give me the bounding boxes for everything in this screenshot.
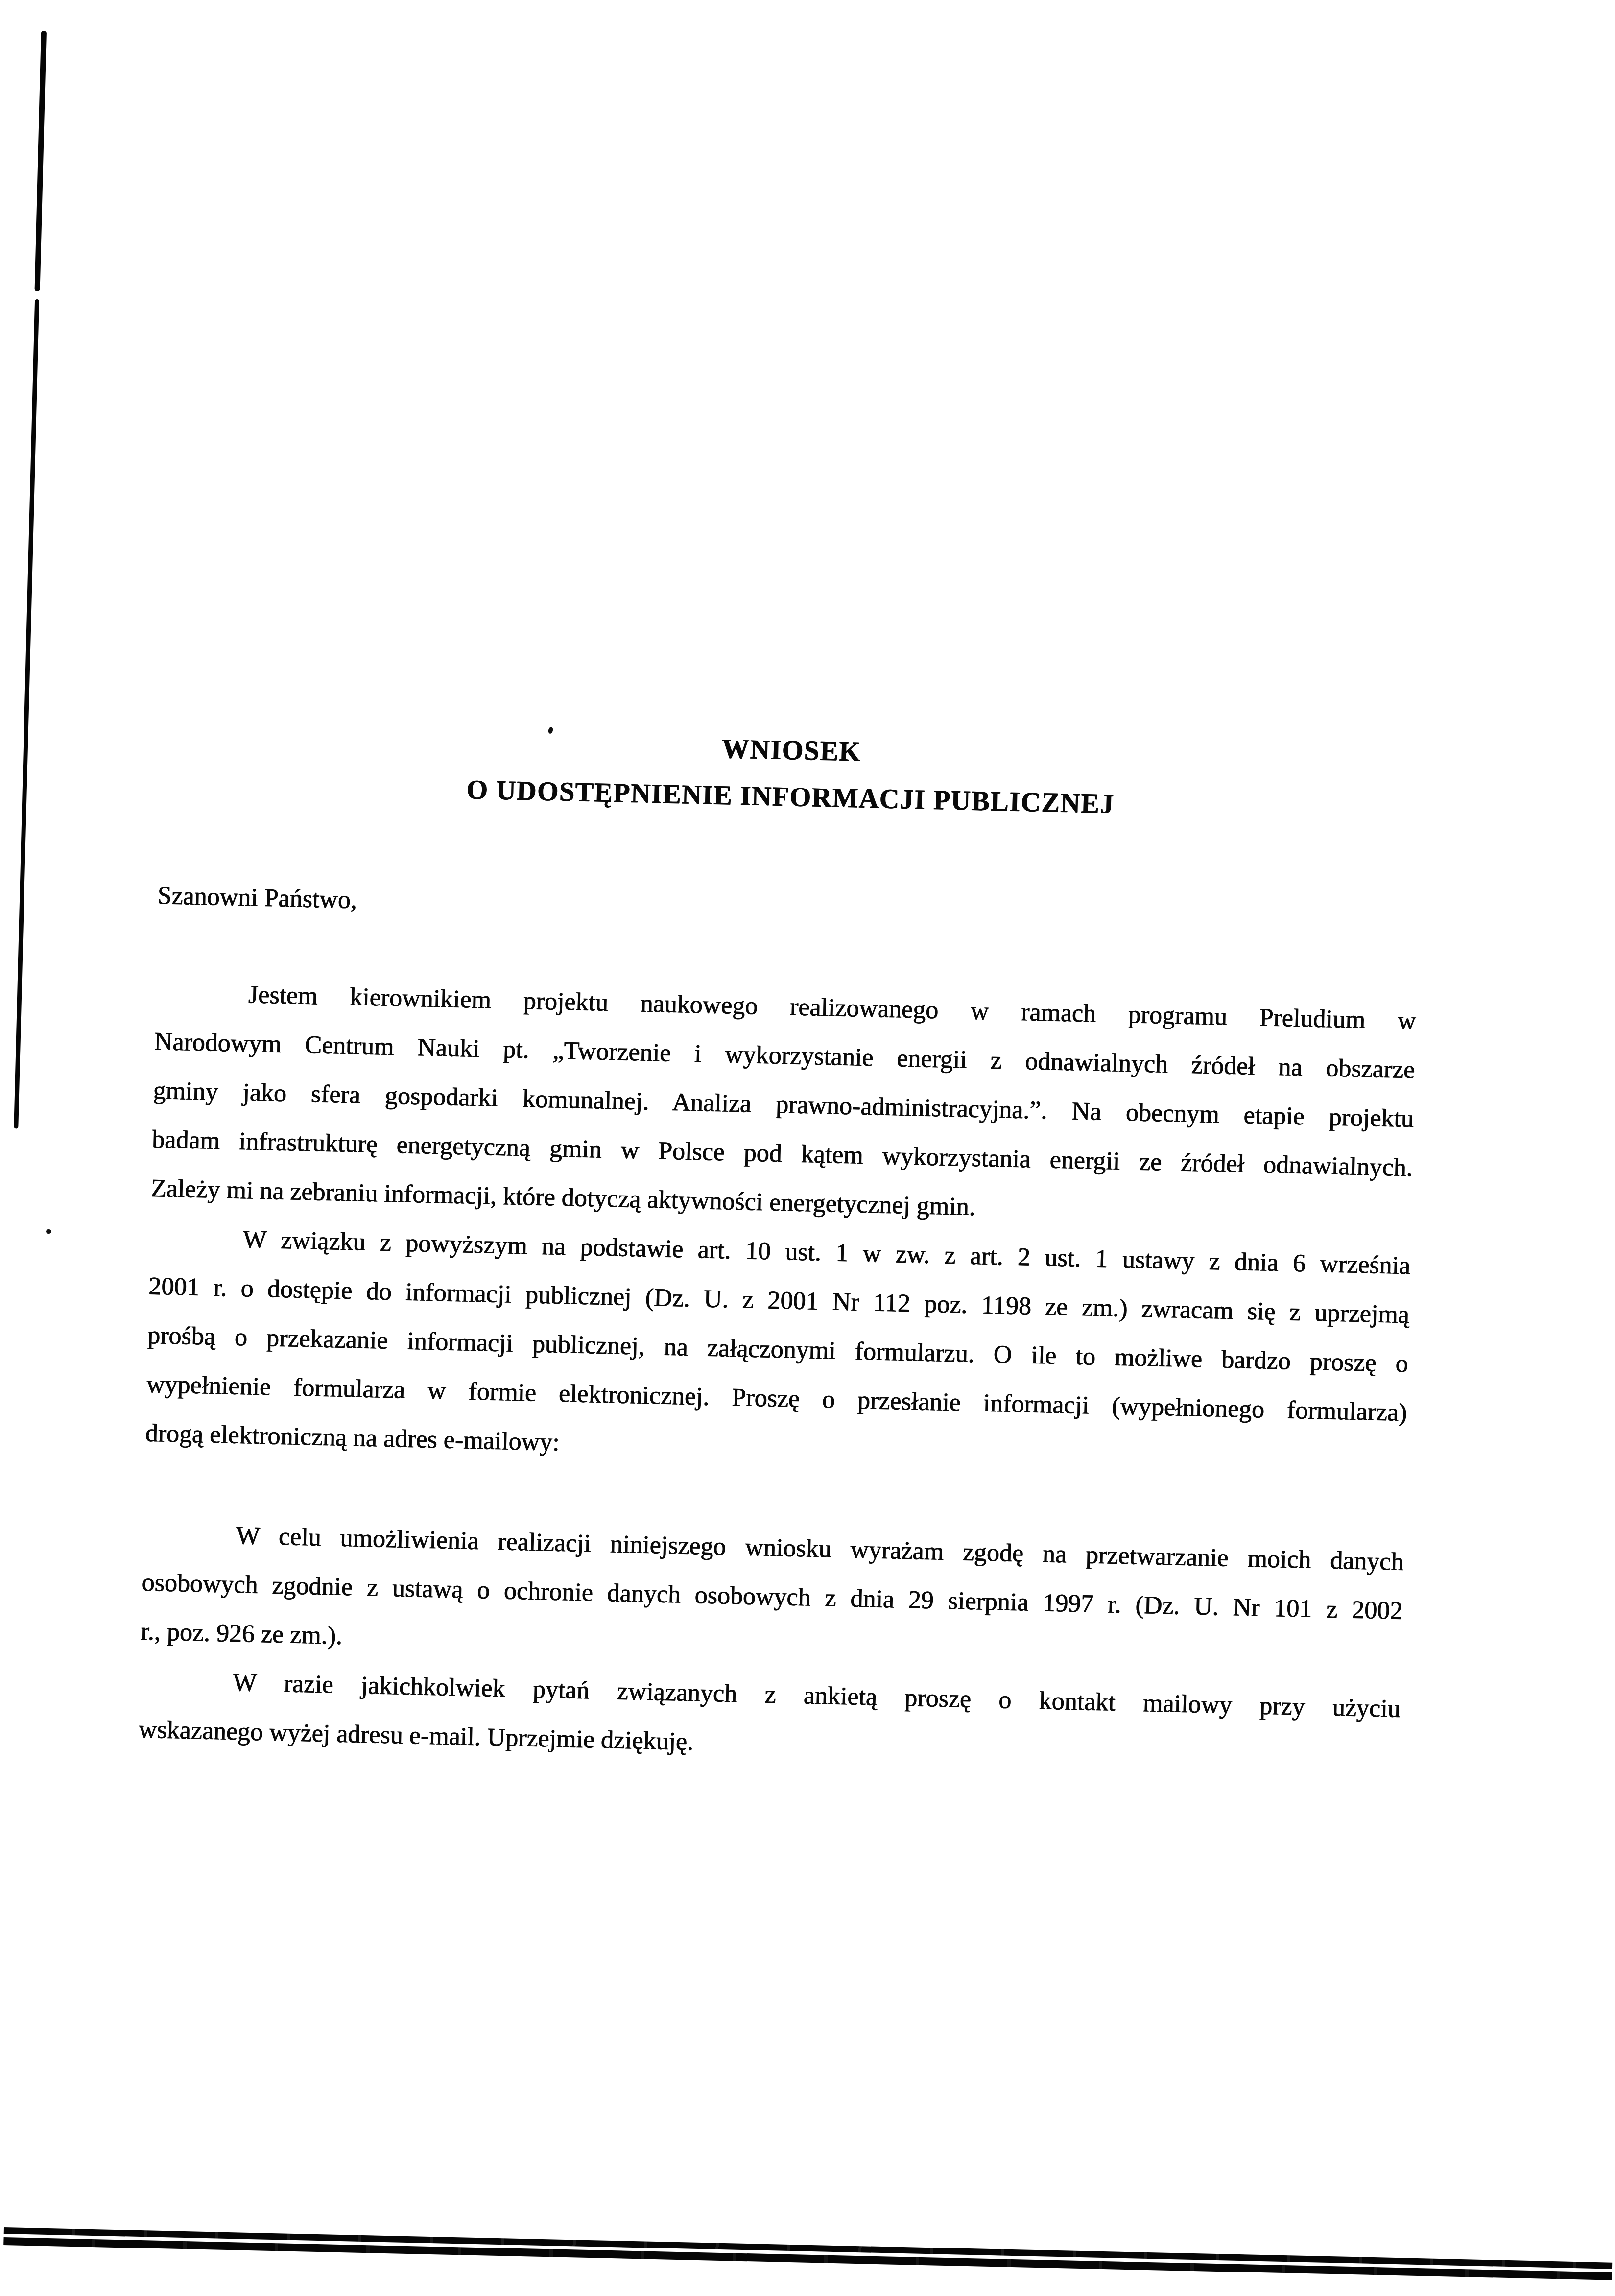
scan-left-edge-line-gap xyxy=(34,291,40,299)
scan-left-edge-line-segment xyxy=(14,299,39,1129)
salutation: Szanowni Państwo, xyxy=(157,871,1419,949)
paragraph: W związku z powyższym na podstawie art. … xyxy=(144,1213,1411,1486)
scan-bottom-edge xyxy=(3,2227,1612,2280)
scan-left-edge-line-segment xyxy=(35,31,47,291)
paragraph: Jestem kierownikiem projektu naukowego r… xyxy=(150,968,1417,1242)
scan-bottom-edge-gap xyxy=(4,2234,1612,2272)
letter-body: WNIOSEK O UDOSTĘPNIENIE INFORMACJI PUBLI… xyxy=(138,713,1423,1783)
scanned-document-page: WNIOSEK O UDOSTĘPNIENIE INFORMACJI PUBLI… xyxy=(0,0,1615,2296)
scan-speck xyxy=(46,1229,51,1234)
paragraph: W celu umożliwienia realizacji niniejsze… xyxy=(140,1509,1404,1685)
scan-left-edge-line xyxy=(13,31,47,1129)
paragraphs: Jestem kierownikiem projektu naukowego r… xyxy=(138,968,1417,1783)
